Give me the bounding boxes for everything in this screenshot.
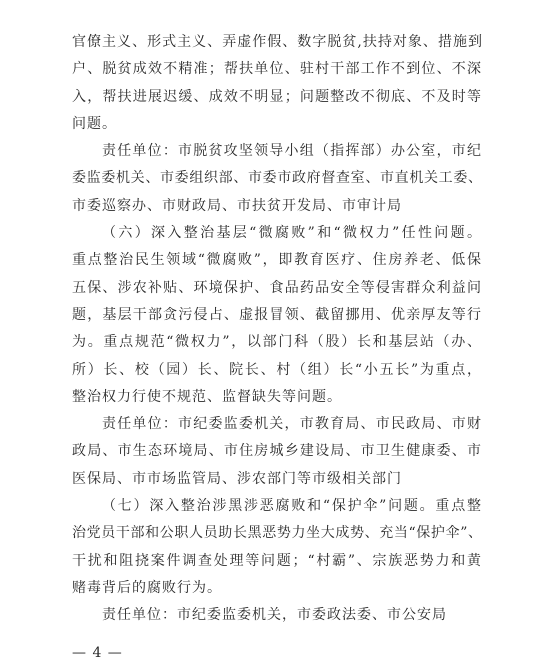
text-line: 整治权力行使不规范、监督缺失等问题。	[72, 384, 482, 411]
paragraph-section-seven: （七）深入整治涉黑涉恶腐败和“保护伞”问题。重点整 治党员干部和公职人员助长黑恶…	[72, 493, 482, 602]
text-line: 重点整治民生领域“微腐败”，即教育医疗、住房养老、低保	[72, 247, 482, 274]
text-line: 入，帮扶进展迟缓、成效不明显；问题整改不彻底、不及时等	[72, 84, 482, 111]
paragraph-responsible-units: 责任单位：市纪委监委机关，市教育局、市民政局、市财 政局、市生态环境局、市住房城…	[72, 411, 482, 493]
section-heading-line: （七）深入整治涉黑涉恶腐败和“保护伞”问题。重点整	[72, 493, 482, 520]
text-line: 医保局、市市场监管局、涉农部门等市级相关部门	[72, 466, 482, 493]
text-line: 干扰和阻挠案件调查处理等问题；“村霸”、宗族恶势力和黄	[72, 548, 482, 575]
text-line: 为。重点规范“微权力”，以部门科（股）长和基层站（办、	[72, 329, 482, 356]
document-page: 官僚主义、形式主义、弄虚作假、数字脱贫,扶持对象、措施到 户、脱贫成效不精准；帮…	[0, 0, 553, 671]
text-line: 责任单位：市纪委监委机关，市委政法委、市公安局	[72, 602, 482, 629]
text-line: 委监委机关、市委组织部、市委市政府督查室、市直机关工委、	[72, 165, 482, 192]
paragraph-responsible-units: 责任单位：市脱贫攻坚领导小组（指挥部）办公室，市纪 委监委机关、市委组织部、市委…	[72, 138, 482, 220]
paragraph-continuation: 官僚主义、形式主义、弄虚作假、数字脱贫,扶持对象、措施到 户、脱贫成效不精准；帮…	[72, 29, 482, 138]
text-line: 责任单位：市纪委监委机关，市教育局、市民政局、市财	[72, 411, 482, 438]
text-line: 治党员干部和公职人员助长黑恶势力坐大成势、充当“保护伞”、	[72, 520, 482, 547]
document-body: 官僚主义、形式主义、弄虚作假、数字脱贫,扶持对象、措施到 户、脱贫成效不精准；帮…	[72, 29, 482, 630]
text-line: 户、脱贫成效不精准；帮扶单位、驻村干部工作不到位、不深	[72, 56, 482, 83]
paragraph-section-six: （六）深入整治基层“微腐败”和“微权力”任性问题。 重点整治民生领域“微腐败”，…	[72, 220, 482, 411]
text-line: 政局、市生态环境局、市住房城乡建设局、市卫生健康委、市	[72, 438, 482, 465]
text-line: 官僚主义、形式主义、弄虚作假、数字脱贫,扶持对象、措施到	[72, 29, 482, 56]
paragraph-responsible-units: 责任单位：市纪委监委机关，市委政法委、市公安局	[72, 602, 482, 629]
page-number: — 4 —	[72, 643, 123, 663]
text-line: 五保、涉农补贴、环境保护、食品药品安全等侵害群众利益问	[72, 275, 482, 302]
text-line: 责任单位：市脱贫攻坚领导小组（指挥部）办公室，市纪	[72, 138, 482, 165]
text-line: 市委巡察办、市财政局、市扶贫开发局、市审计局	[72, 193, 482, 220]
text-line: 题，基层干部贪污侵占、虚报冒领、截留挪用、优亲厚友等行	[72, 302, 482, 329]
section-heading-line: （六）深入整治基层“微腐败”和“微权力”任性问题。	[72, 220, 482, 247]
text-line: 赌毒背后的腐败行为。	[72, 575, 482, 602]
text-line: 所）长、校（园）长、院长、村（组）长“小五长”为重点，	[72, 357, 482, 384]
text-line: 问题。	[72, 111, 482, 138]
